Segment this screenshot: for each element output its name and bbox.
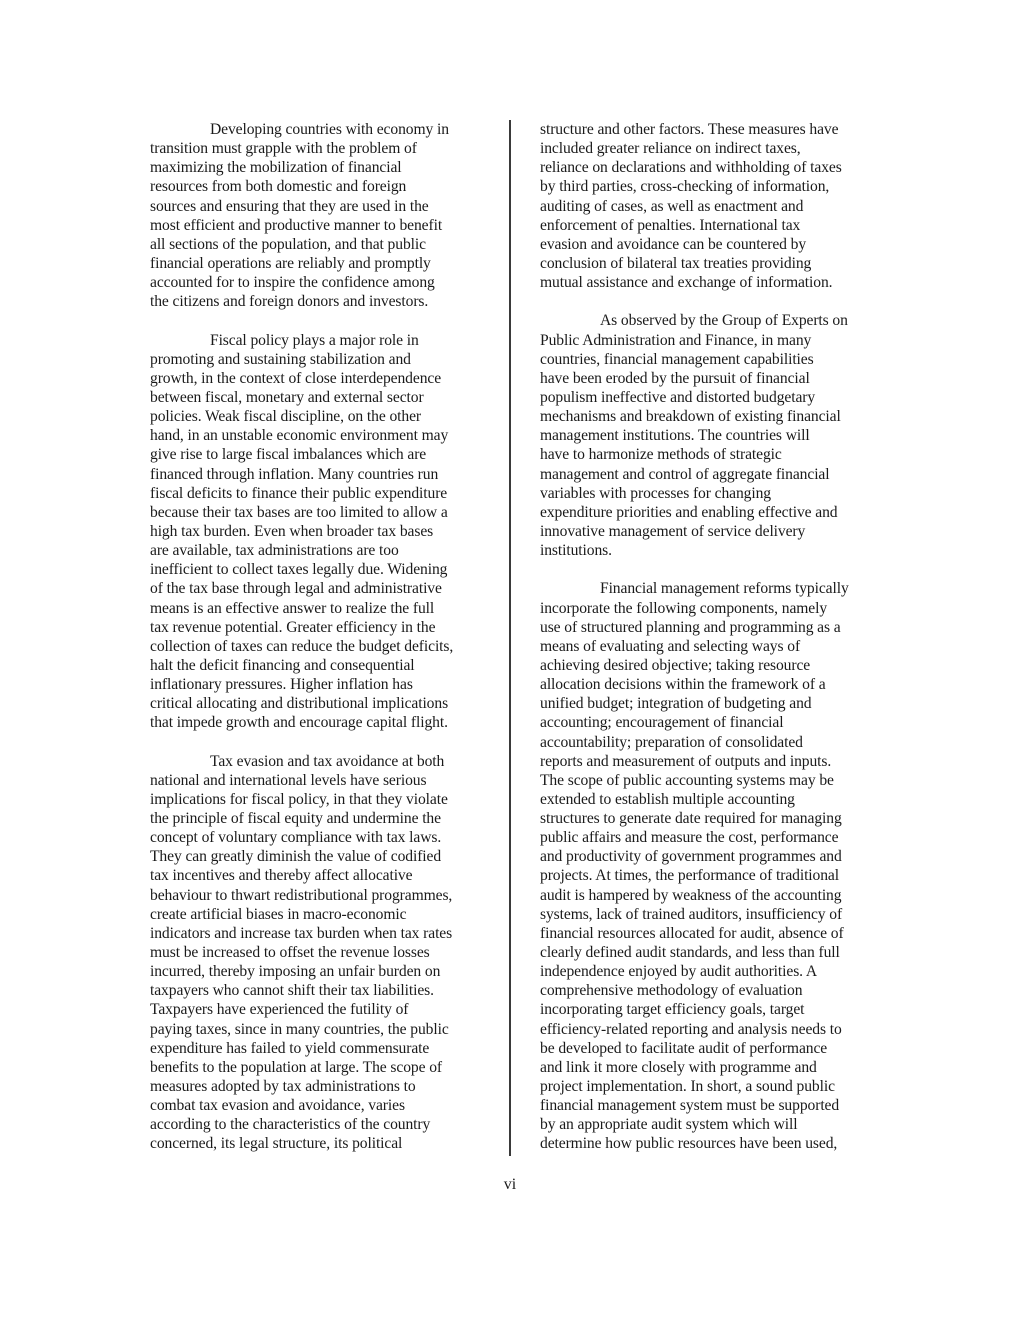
text-line: all sections of the population, and that… [150, 235, 495, 254]
text-line: comprehensive methodology of evaluation [540, 981, 885, 1000]
text-line: evasion and avoidance can be countered b… [540, 235, 885, 254]
text-line: accounting; encouragement of financial [540, 713, 885, 732]
text-line: use of structured planning and programmi… [540, 618, 885, 637]
text-line: Developing countries with economy in [150, 120, 495, 139]
text-line: Fiscal policy plays a major role in [150, 331, 495, 350]
text-line: mechanisms and breakdown of existing fin… [540, 407, 885, 426]
text-line: and productivity of government programme… [540, 847, 885, 866]
text-line: projects. At times, the performance of t… [540, 866, 885, 885]
text-line: taxpayers who cannot shift their tax lia… [150, 981, 495, 1000]
text-line: promoting and sustaining stabilization a… [150, 350, 495, 369]
text-line: determine how public resources have been… [540, 1134, 885, 1153]
text-line: project implementation. In short, a soun… [540, 1077, 885, 1096]
text-line: transition must grapple with the problem… [150, 139, 495, 158]
text-line: Tax evasion and tax avoidance at both [150, 752, 495, 771]
text-line: auditing of cases, as well as enactment … [540, 197, 885, 216]
text-line: behaviour to thwart redistributional pro… [150, 886, 495, 905]
text-line: Taxpayers have experienced the futility … [150, 1000, 495, 1019]
text-line: and link it more closely with programme … [540, 1058, 885, 1077]
text-line: have to harmonize methods of strategic [540, 445, 885, 464]
text-line: tax revenue potential. Greater efficienc… [150, 618, 495, 637]
text-line: that impede growth and encourage capital… [150, 713, 495, 732]
text-line: inflationary pressures. Higher inflation… [150, 675, 495, 694]
text-line: Financial management reforms typically [540, 579, 885, 598]
text-line: reports and measurement of outputs and i… [540, 752, 885, 771]
text-line: accounted for to inspire the confidence … [150, 273, 495, 292]
text-line: between fiscal, monetary and external se… [150, 388, 495, 407]
text-line: growth, in the context of close interdep… [150, 369, 495, 388]
text-line: financial management system must be supp… [540, 1096, 885, 1115]
text-line: incurred, thereby imposing an unfair bur… [150, 962, 495, 981]
text-line: resources from both domestic and foreign [150, 177, 495, 196]
text-line: enforcement of penalties. International … [540, 216, 885, 235]
text-line: unified budget; integration of budgeting… [540, 694, 885, 713]
text-line: concerned, its legal structure, its poli… [150, 1134, 495, 1153]
text-line: systems, lack of trained auditors, insuf… [540, 905, 885, 924]
text-line: mutual assistance and exchange of inform… [540, 273, 885, 292]
text-line: the citizens and foreign donors and inve… [150, 292, 495, 311]
text-line: As observed by the Group of Experts on [540, 311, 885, 330]
text-line: achieving desired objective; taking reso… [540, 656, 885, 675]
text-line: most efficient and productive manner to … [150, 216, 495, 235]
text-line: accountability; preparation of consolida… [540, 733, 885, 752]
text-line: The scope of public accounting systems m… [540, 771, 885, 790]
text-line: because their tax bases are too limited … [150, 503, 495, 522]
text-line: measures adopted by tax administrations … [150, 1077, 495, 1096]
right-column: structure and other factors. These measu… [540, 120, 885, 1173]
text-line: structure and other factors. These measu… [540, 120, 885, 139]
paragraph-tax-evasion: Tax evasion and tax avoidance at bothnat… [150, 752, 495, 1154]
left-column: Developing countries with economy intran… [150, 120, 495, 1173]
text-line: public affairs and measure the cost, per… [540, 828, 885, 847]
page-number-text: vi [504, 1176, 516, 1193]
text-line: inefficient to collect taxes legally due… [150, 560, 495, 579]
paragraph-continued-measures: structure and other factors. These measu… [540, 120, 885, 292]
text-line: conclusion of bilateral tax treaties pro… [540, 254, 885, 273]
paragraph-financial-management-reforms: Financial management reforms typicallyin… [540, 579, 885, 1153]
text-line: fiscal deficits to finance their public … [150, 484, 495, 503]
text-line: must be increased to offset the revenue … [150, 943, 495, 962]
text-line: combat tax evasion and avoidance, varies [150, 1096, 495, 1115]
text-line: according to the characteristics of the … [150, 1115, 495, 1134]
text-line: national and international levels have s… [150, 771, 495, 790]
text-line: Public Administration and Finance, in ma… [540, 331, 885, 350]
text-line: paying taxes, since in many countries, t… [150, 1020, 495, 1039]
text-line: sources and ensuring that they are used … [150, 197, 495, 216]
column-divider-rule [509, 120, 511, 1156]
text-line: give rise to large fiscal imbalances whi… [150, 445, 495, 464]
text-line: collection of taxes can reduce the budge… [150, 637, 495, 656]
text-line: benefits to the population at large. The… [150, 1058, 495, 1077]
text-line: reliance on declarations and withholding… [540, 158, 885, 177]
text-line: have been eroded by the pursuit of finan… [540, 369, 885, 388]
document-page: Developing countries with economy intran… [0, 0, 1020, 1320]
text-line: variables with processes for changing [540, 484, 885, 503]
text-line: incorporate the following components, na… [540, 599, 885, 618]
text-line: means is an effective answer to realize … [150, 599, 495, 618]
text-line: They can greatly diminish the value of c… [150, 847, 495, 866]
text-line: by an appropriate audit system which wil… [540, 1115, 885, 1134]
text-line: be developed to facilitate audit of perf… [540, 1039, 885, 1058]
text-line: structures to generate date required for… [540, 809, 885, 828]
text-line: hand, in an unstable economic environmen… [150, 426, 495, 445]
text-line: allocation decisions within the framewor… [540, 675, 885, 694]
text-line: the principle of fiscal equity and under… [150, 809, 495, 828]
text-line: institutions. [540, 541, 885, 560]
text-line: of the tax base through legal and admini… [150, 579, 495, 598]
text-line: critical allocating and distributional i… [150, 694, 495, 713]
text-line: means of evaluating and selecting ways o… [540, 637, 885, 656]
text-line: countries, financial management capabili… [540, 350, 885, 369]
paragraph-fiscal-policy: Fiscal policy plays a major role inpromo… [150, 331, 495, 733]
text-line: halt the deficit financing and consequen… [150, 656, 495, 675]
text-line: management institutions. The countries w… [540, 426, 885, 445]
text-line: financial operations are reliably and pr… [150, 254, 495, 273]
text-line: efficiency-related reporting and analysi… [540, 1020, 885, 1039]
text-line: maximizing the mobilization of financial [150, 158, 495, 177]
text-line: financial resources allocated for audit,… [540, 924, 885, 943]
text-line: policies. Weak fiscal discipline, on the… [150, 407, 495, 426]
text-line: high tax burden. Even when broader tax b… [150, 522, 495, 541]
page-number: vi [0, 1176, 1020, 1194]
text-line: populism ineffective and distorted budge… [540, 388, 885, 407]
text-line: by third parties, cross-checking of info… [540, 177, 885, 196]
text-line: clearly defined audit standards, and les… [540, 943, 885, 962]
text-line: included greater reliance on indirect ta… [540, 139, 885, 158]
text-line: create artificial biases in macro-econom… [150, 905, 495, 924]
text-line: incorporating target efficiency goals, t… [540, 1000, 885, 1019]
text-line: extended to establish multiple accountin… [540, 790, 885, 809]
text-line: tax incentives and thereby affect alloca… [150, 866, 495, 885]
text-line: implications for fiscal policy, in that … [150, 790, 495, 809]
text-line: innovative management of service deliver… [540, 522, 885, 541]
text-line: expenditure has failed to yield commensu… [150, 1039, 495, 1058]
paragraph-group-of-experts: As observed by the Group of Experts onPu… [540, 311, 885, 560]
text-line: audit is hampered by weakness of the acc… [540, 886, 885, 905]
text-line: expenditure priorities and enabling effe… [540, 503, 885, 522]
text-line: indicators and increase tax burden when … [150, 924, 495, 943]
paragraph-developing-countries: Developing countries with economy intran… [150, 120, 495, 311]
text-line: management and control of aggregate fina… [540, 465, 885, 484]
text-line: independence enjoyed by audit authoritie… [540, 962, 885, 981]
text-line: are available, tax administrations are t… [150, 541, 495, 560]
text-line: financed through inflation. Many countri… [150, 465, 495, 484]
text-line: concept of voluntary compliance with tax… [150, 828, 495, 847]
